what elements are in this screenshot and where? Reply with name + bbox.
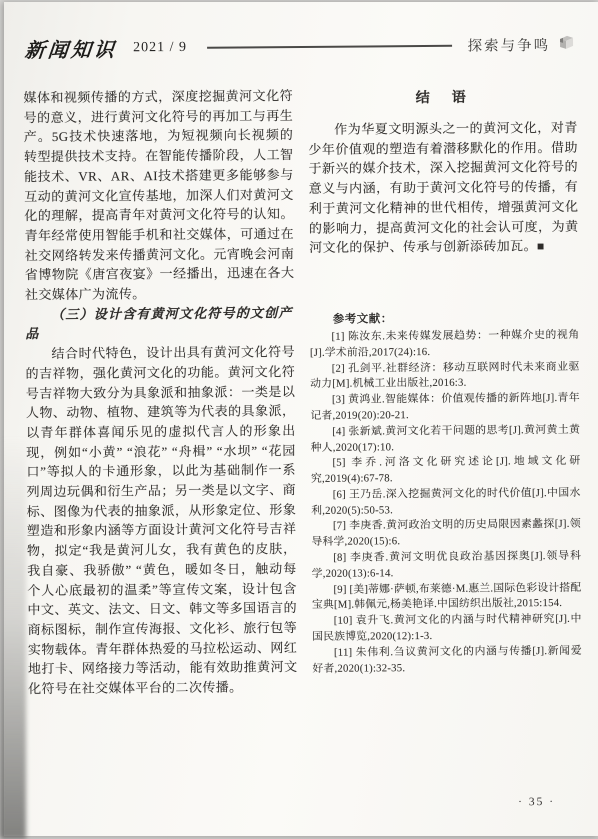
reference-item: [1] 陈汝东.未来传媒发展趋势：一种媒介史的视角[J].学术前沿,2017(2…: [310, 328, 580, 362]
references-title: 参考文献：: [310, 309, 580, 327]
header-rule: [207, 44, 452, 48]
conclusion-heading: 结 语: [308, 86, 578, 108]
section-title: 探索与争鸣: [467, 34, 550, 56]
reference-item: [3] 黄鸿业.智能媒体：价值观传播的新阵地[J].青年记者,2019(20):…: [310, 391, 580, 425]
reference-item: [9] [美]蒂娜·萨顿,布莱德·M.惠兰.国际色彩设计搭配宝典[M].韩佩元,…: [312, 580, 582, 614]
journal-issue: 2021 / 9: [133, 39, 187, 55]
end-of-article-mark: ■: [537, 239, 545, 253]
page-header: 新闻知识 2021 / 9 探索与争鸣: [25, 30, 575, 63]
reference-item: [10] 袁升飞.黄河文化的内涵与时代精神研究[J].中国民族博览,2020(1…: [312, 612, 582, 646]
reference-item: [2] 孔剑平.社群经济：移动互联网时代未来商业驱动力[M].机械工业出版社,2…: [310, 359, 580, 393]
paragraph-body: 结合时代特色，设计出具有黄河文化符号的吉祥物，强化黄河文化的功能。黄河文化符号吉…: [25, 342, 297, 699]
subsection-heading: （三）设计含有黄河文化符号的文创产品: [25, 303, 295, 345]
conclusion-paragraph: 作为华夏文明源头之一的黄河文化，对青少年价值观的塑造有着潜移默化的作用。借助于新…: [308, 118, 579, 259]
conclusion-text: 作为华夏文明源头之一的黄河文化，对青少年价值观的塑造有着潜移默化的作用。借助于新…: [308, 120, 578, 255]
references-section: 参考文献： [1] 陈汝东.未来传媒发展趋势：一种媒介史的视角[J].学术前沿,…: [310, 309, 582, 678]
reference-item: [4] 张新斌.黄河文化若干问题的思考[J].黄河黄土黄种人,2020(17):…: [311, 423, 581, 457]
reference-item: [7] 李庚香.黄河政治文明的历史局限因素蠡探[J].领导科学,2020(15)…: [311, 517, 581, 551]
article-body: 媒体和视频传播的方式，深度挖掘黄河文化符号的意义，进行黄河文化符号的再加工与再生…: [23, 84, 582, 699]
scanned-journal-page: 新闻知识 2021 / 9 探索与争鸣 媒体和视频传播的方式，深度挖掘黄河文化符…: [4, 2, 598, 836]
paragraph-continuation: 媒体和视频传播的方式，深度挖掘黄河文化符号的意义，进行黄河文化符号的再加工与再生…: [23, 86, 294, 305]
left-column: 媒体和视频传播的方式，深度挖掘黄河文化符号的意义，进行黄河文化符号的再加工与再生…: [23, 86, 297, 699]
reference-item: [6] 王乃岳.深入挖掘黄河文化的时代价值[J].中国水利,2020(5):50…: [311, 486, 581, 520]
page-number: · 35 ·: [518, 796, 555, 808]
book-cube-icon: [557, 34, 575, 55]
page-content: 新闻知识 2021 / 9 探索与争鸣 媒体和视频传播的方式，深度挖掘黄河文化符…: [1, 0, 598, 838]
journal-logo: 新闻知识: [24, 33, 119, 63]
reference-item: [11] 朱伟利.刍议黄河文化的内涵与传播[J].新闻爱好者,2020(1):3…: [312, 644, 582, 678]
reference-item: [5] 李乔.河洛文化研究述论[J].地域文化研究,2019(4):67-78.: [311, 454, 581, 488]
right-column: 结 语 作为华夏文明源头之一的黄河文化，对青少年价值观的塑造有着潜移默化的作用。…: [308, 84, 582, 697]
reference-item: [8] 李庚香.黄河文明优良政治基因探奥[J].领导科学,2020(13):6-…: [312, 549, 582, 583]
